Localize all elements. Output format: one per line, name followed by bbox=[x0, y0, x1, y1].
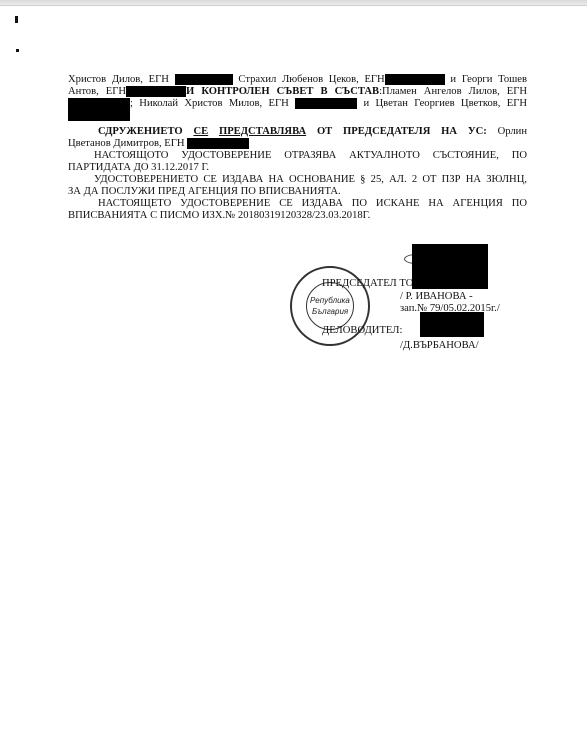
text: и Георги Тошев bbox=[450, 74, 527, 85]
para1-line2: Антов, ЕГНИ КОНТРОЛЕН СЪВЕТ В СЪСТАВ:Пла… bbox=[68, 86, 527, 98]
basis-line2: ЗА ДА ПОСЛУЖИ ПРЕД АГЕНЦИЯ ПО ВПИСВАНИЯТ… bbox=[68, 186, 527, 198]
seal-text-line1: Република bbox=[310, 296, 350, 305]
text: ЗА ДА ПОСЛУЖИ ПРЕД АГЕНЦИЯ ПО ВПИСВАНИЯТ… bbox=[68, 186, 341, 197]
redaction-box bbox=[385, 74, 445, 85]
redaction-box bbox=[175, 74, 233, 85]
basis-line1: УДОСТОВЕРЕНИЕТО СЕ ИЗДАВА НА ОСНОВАНИЕ §… bbox=[68, 174, 527, 186]
text: ; Николай Христов Милов, ЕГН bbox=[130, 98, 289, 109]
text: НАСТОЯЩЕТО УДОСТОВЕРЕНИЕ СЕ ИЗДАВА ПО ИС… bbox=[98, 198, 527, 209]
clerk-name: /Д.ВЪРБАНОВА/ bbox=[400, 340, 479, 352]
status-line2: ПАРТИДАТА ДО 31.12.2017 Г. bbox=[68, 162, 527, 174]
text: НАСТОЯЩОТО УДОСТОВЕРЕНИЕ ОТРАЗЯВА АКТУАЛ… bbox=[94, 150, 527, 161]
text: УДОСТОВЕРЕНИЕТО СЕ ИЗДАВА НА ОСНОВАНИЕ §… bbox=[94, 174, 527, 185]
text: Страхил Любенов Цеков, ЕГН bbox=[238, 74, 384, 85]
text: ОТ ПРЕДСЕДАТЕЛЯ НА УС: bbox=[317, 126, 487, 137]
text: :Пламен Ангелов Лилов, ЕГН bbox=[379, 86, 527, 97]
redaction-box bbox=[68, 98, 130, 121]
viewer-top-bar bbox=[0, 0, 587, 6]
representation-line2: Цветанов Димитров, ЕГН bbox=[68, 138, 527, 150]
text: Орлин bbox=[498, 126, 527, 137]
redaction-box bbox=[126, 86, 186, 97]
chair-label: ПРЕДСЕДАТЕЛ ТО bbox=[322, 278, 413, 290]
chair-name: / Р. ИВАНОВА - bbox=[400, 291, 473, 303]
representation-line1: СДРУЖЕНИЕТО СЕ ПРЕДСТАВЛЯВА ОТ ПРЕДСЕДАТ… bbox=[68, 126, 527, 138]
redaction-box-chair-signature bbox=[412, 244, 488, 289]
redaction-box bbox=[295, 98, 357, 109]
supervisory-board-heading: И КОНТРОЛЕН СЪВЕТ В СЪСТАВ bbox=[186, 86, 379, 97]
redaction-box bbox=[187, 138, 249, 149]
status-line1: НАСТОЯЩОТО УДОСТОВЕРЕНИЕ ОТРАЗЯВА АКТУАЛ… bbox=[68, 150, 527, 162]
text: ПАРТИДАТА ДО 31.12.2017 Г. bbox=[68, 162, 209, 173]
text: ВПИСВАНИЯТА С ПИСМО ИЗХ.№ 20180319120328… bbox=[68, 210, 370, 221]
request-line1: НАСТОЯЩЕТО УДОСТОВЕРЕНИЕ СЕ ИЗДАВА ПО ИС… bbox=[68, 198, 527, 210]
text: СДРУЖЕНИЕТО bbox=[98, 126, 183, 137]
para1-line1: Христов Дилов, ЕГН Страхил Любенов Цеков… bbox=[68, 74, 527, 86]
seal-text-line2: България bbox=[312, 307, 348, 316]
text: Христов Дилов, ЕГН bbox=[68, 74, 169, 85]
text: Антов, ЕГН bbox=[68, 86, 126, 97]
margin-mark bbox=[15, 16, 18, 23]
text: и Цветан Георгиев Цветков, ЕГН bbox=[363, 98, 527, 109]
text: СЕ bbox=[193, 126, 208, 137]
clerk-label: ДЕЛОВОДИТЕЛ: bbox=[322, 325, 402, 337]
request-line2: ВПИСВАНИЯТА С ПИСМО ИЗХ.№ 20180319120328… bbox=[68, 210, 527, 222]
margin-dot bbox=[16, 49, 19, 52]
text: Цветанов Димитров, ЕГН bbox=[68, 138, 185, 149]
para1-line3: ; Николай Христов Милов, ЕГН и Цветан Ге… bbox=[68, 98, 527, 121]
text: ПРЕДСТАВЛЯВА bbox=[219, 126, 306, 137]
redaction-box-clerk-signature bbox=[420, 312, 484, 337]
